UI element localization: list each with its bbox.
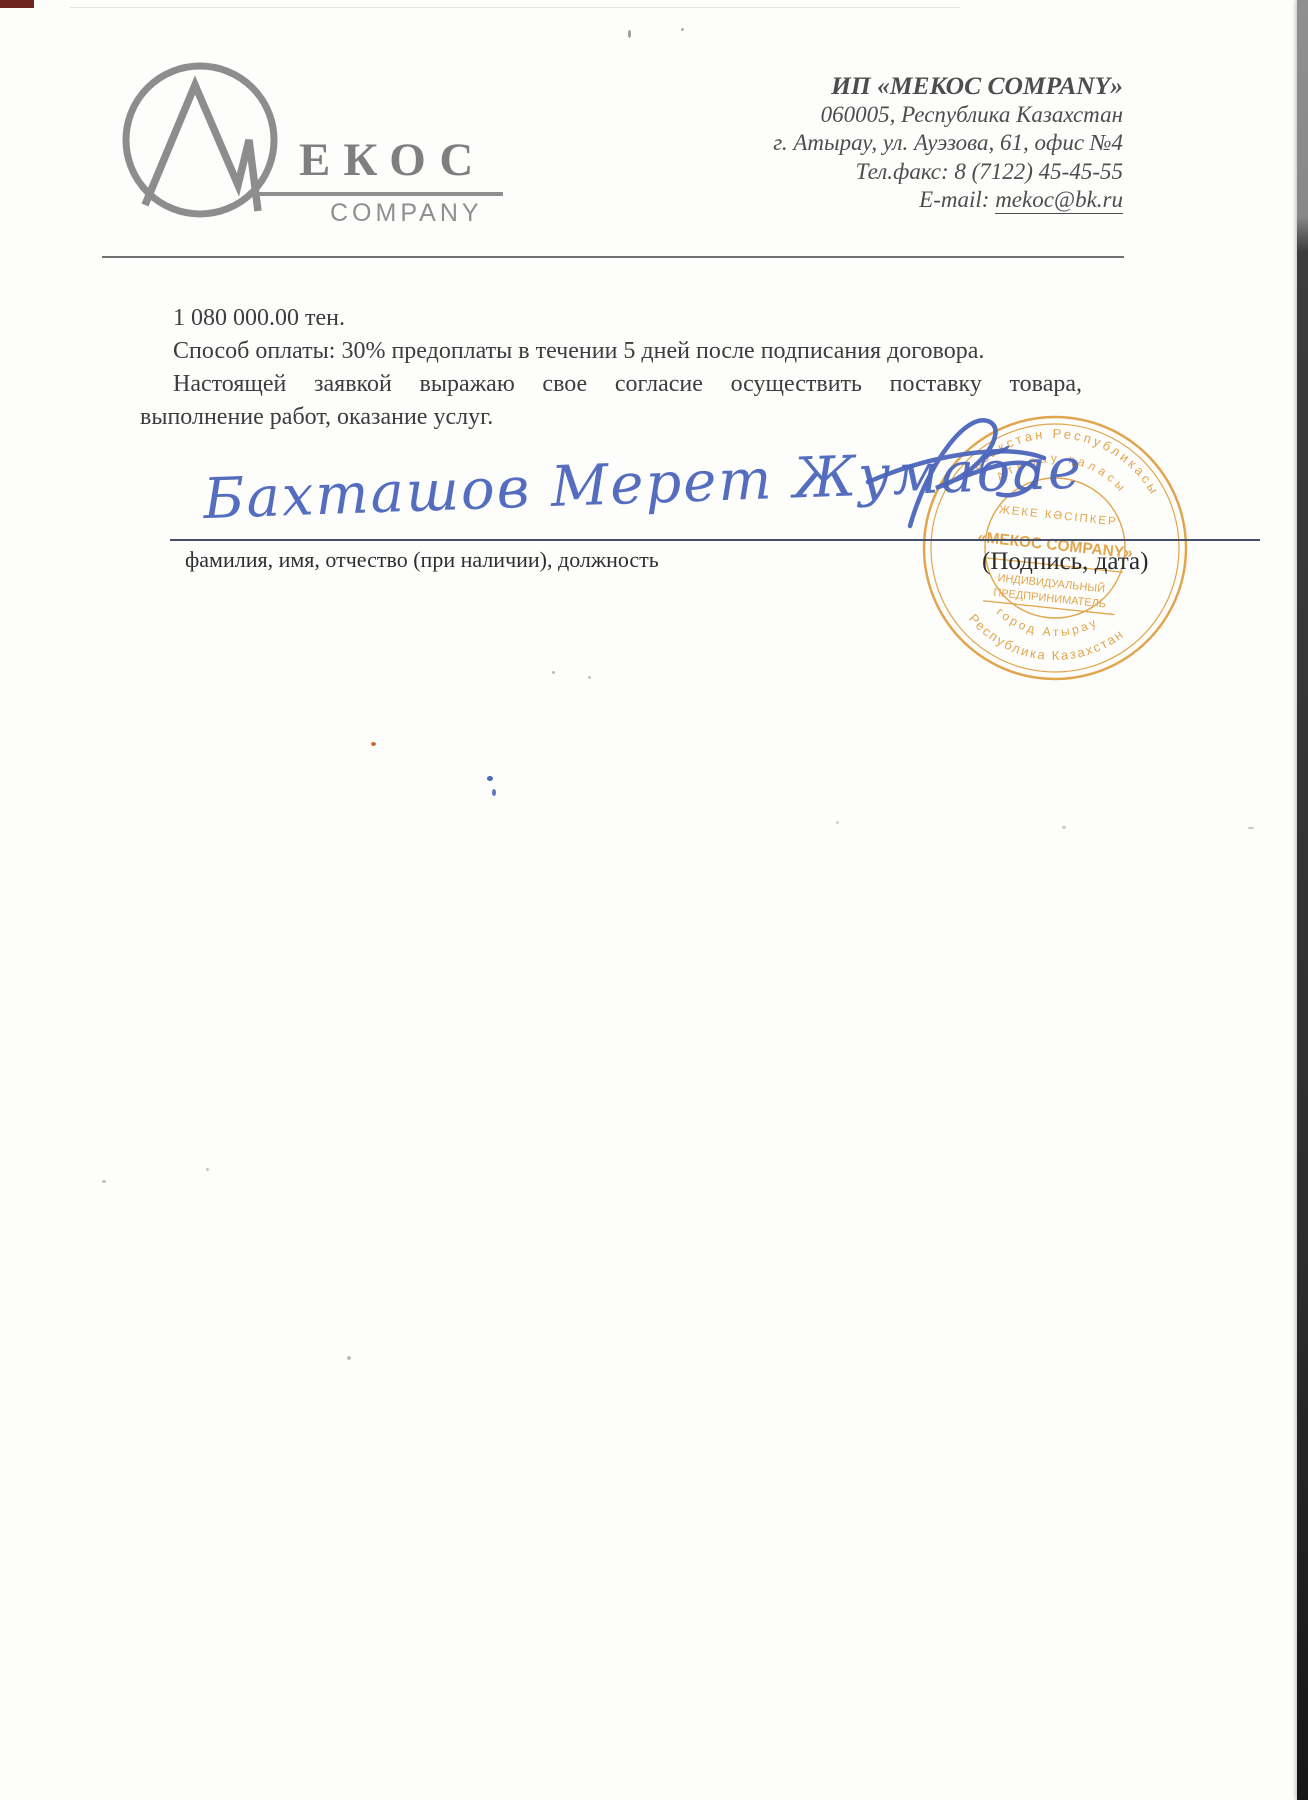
scan-right-edge-shadow [1297,0,1308,1800]
ink-speck [836,821,839,824]
ink-speck [681,28,684,31]
logo-subtitle: COMPANY [330,199,483,228]
ink-speck [206,1168,209,1171]
ink-speck-blue [487,776,493,781]
letterhead-email-line: E-mail: mekoc@bk.ru [773,186,1123,215]
email-label: E-mail: [919,187,995,212]
ink-speck [628,30,631,38]
ink-speck-orange [371,742,376,746]
scan-corner-mark [0,0,34,8]
letterhead-divider-rule [102,256,1124,258]
email-address: mekoc@bk.ru [995,187,1123,214]
scanned-document-page: ЕКОС COMPANY ИП «МЕКОС COMPANY» 060005, … [0,0,1308,1800]
letterhead-phone-line: Тел.факс: 8 (7122) 45-45-55 [773,158,1123,187]
letterhead: ИП «МЕКОС COMPANY» 060005, Республика Ка… [773,72,1123,215]
amount-line: 1 080 000.00 тен. [140,302,1082,335]
handwritten-signature: Бахташов Мерет Жумабаевич [168,392,1078,567]
paper-top-edge [70,7,960,8]
logo-wordmark: ЕКОС [299,133,486,187]
ink-speck [552,671,555,674]
ink-speck [588,676,591,679]
ink-speck [347,1356,351,1360]
letterhead-address-line: г. Атырау, ул. Ауэзова, 61, офис №4 [773,129,1123,158]
ink-speck-blue [492,789,496,796]
mekoc-logo-monogram-icon [100,52,320,227]
letterhead-postal-line: 060005, Республика Казахстан [773,101,1123,130]
letterhead-company-name: ИП «МЕКОС COMPANY» [773,72,1123,101]
logo-underline [258,192,503,196]
payment-terms-line: Способ оплаты: 30% предоплаты в течении … [140,335,1082,368]
ink-speck [102,1180,106,1183]
ink-speck [1062,826,1066,829]
ink-speck [1248,827,1254,829]
